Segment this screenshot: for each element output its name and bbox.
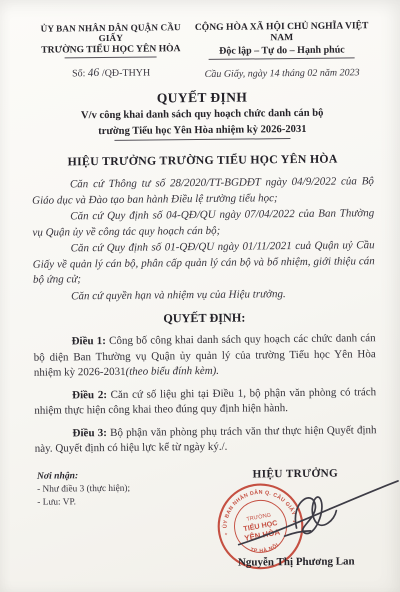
header-left-underline — [65, 56, 157, 58]
national-motto: Độc lập – Tự do – Hạnh phúc — [191, 44, 372, 57]
article-label: Điều 2: — [72, 388, 107, 400]
article-italic-note: (theo biểu đính kèm). — [125, 365, 219, 378]
recipients-block: Nơi nhận: - Như điều 3 (thực hiện);- Lưu… — [35, 468, 215, 570]
article-label: Điều 1: — [72, 335, 106, 347]
document-content: ỦY BAN NHÂN DÂN QUẬN CẦU GIẤY TRƯỜNG TIỂ… — [0, 0, 400, 571]
document-title: QUYẾT ĐỊNH — [31, 88, 373, 108]
doc-number-label: Số: — [72, 68, 85, 79]
national-header-block: CỘNG HÒA XÃ HỘI CHỦ NGHĨA VIỆT NAM Độc l… — [191, 20, 373, 80]
article-label: Điều 3: — [72, 426, 106, 438]
articles-section: Điều 1: Công bố công khai danh sách quy … — [33, 331, 376, 457]
issuing-agency-block: ỦY BAN NHÂN DÂN QUẬN CẦU GIẤY TRƯỜNG TIỂ… — [30, 22, 191, 80]
decision-heading: QUYẾT ĐỊNH: — [33, 309, 375, 328]
issuing-authority-line: HIỆU TRƯỞNG TRƯỜNG TIỂU HỌC YÊN HÒA — [32, 151, 374, 170]
parent-agency-name: ỦY BAN NHÂN DÂN QUẬN CẦU GIẤY — [30, 22, 191, 44]
preamble-paragraph: Căn cứ Quy định số 04-QĐ/QU ngày 07/04/2… — [32, 206, 374, 241]
doc-number-suffix: /QĐ-THYH — [102, 68, 150, 80]
document-subject-line1: V/v công khai danh sách quy hoạch chức d… — [31, 106, 373, 123]
recipients-label: Nơi nhận: — [37, 468, 214, 481]
stamp-star-left: ✦ — [224, 531, 229, 537]
article-paragraph: Điều 1: Công bố công khai danh sách quy … — [33, 331, 375, 381]
signer-name: Nguyễn Thị Phương Lan — [215, 555, 378, 569]
document-title-block: QUYẾT ĐỊNH V/v công khai danh sách quy h… — [31, 88, 374, 142]
recipient-item: - Như điều 3 (thực hiện); — [37, 482, 214, 494]
national-title: CỘNG HÒA XÃ HỘI CHỦ NGHĨA VIỆT NAM — [191, 20, 372, 44]
motto-underline — [209, 57, 355, 60]
preamble-paragraph: Căn cứ quyền hạn và nhiệm vụ của Hiệu tr… — [33, 286, 375, 305]
signature-block: HIỆU TRƯỞNG ỦY BAN NHÂN DÂN Q. CẦU GIẤY … — [214, 467, 378, 569]
preamble-section: Căn cứ Thông tư số 28/2020/TT-BGDĐT ngày… — [32, 174, 375, 305]
doc-number-handwritten: 46 — [87, 67, 99, 80]
document-footer: Nơi nhận: - Như điều 3 (thực hiện);- Lưu… — [35, 467, 378, 571]
document-header: ỦY BAN NHÂN DÂN QUẬN CẦU GIẤY TRƯỜNG TIỂ… — [30, 20, 373, 82]
preamble-paragraph: Căn cứ Thông tư số 28/2020/TT-BGDĐT ngày… — [32, 174, 374, 209]
school-name: TRƯỜNG TIỂU HỌC YÊN HÒA — [30, 43, 191, 56]
article-paragraph: Điều 3: Bộ phận văn phòng phụ trách văn … — [34, 423, 376, 458]
place-date-line: Cầu Giấy, ngày 14 tháng 02 năm 2023 — [191, 67, 372, 80]
article-paragraph: Điều 2: Căn cứ số liệu ghi tại Điều 1, b… — [34, 385, 376, 420]
recipient-item: - Lưu: VP. — [37, 495, 214, 507]
document-subject-line2: trường Tiểu học Yên Hòa nhiệm kỳ 2026-20… — [31, 122, 373, 139]
signature-scribble — [232, 474, 400, 554]
recipients-list: - Như điều 3 (thực hiện);- Lưu: VP. — [37, 482, 214, 507]
scanned-decision-document: ỦY BAN NHÂN DÂN QUẬN CẦU GIẤY TRƯỜNG TIỂ… — [0, 0, 400, 592]
title-underline — [114, 138, 290, 141]
document-body: Căn cứ Thông tư số 28/2020/TT-BGDĐT ngày… — [32, 174, 377, 457]
preamble-paragraph: Căn cứ Quy định số 01-QĐ/QU ngày 01/11/2… — [33, 238, 375, 288]
document-number-line: Số: 46 /QĐ-THYH — [31, 66, 192, 80]
